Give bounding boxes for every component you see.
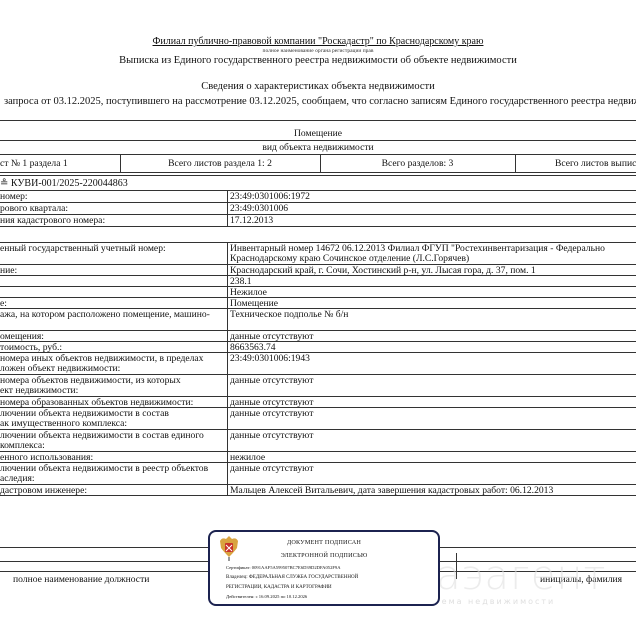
rule	[0, 140, 636, 141]
sheet-number: ст № 1 раздела 1	[0, 158, 68, 169]
electronic-signature-stamp: ДОКУМЕНТ ПОДПИСАН ЭЛЕКТРОННОЙ ПОДПИСЬЮ С…	[208, 530, 440, 606]
divider	[227, 297, 228, 308]
divider	[227, 352, 228, 374]
divider	[227, 275, 228, 286]
field-label: енный государственный учетный номер:	[0, 243, 166, 254]
divider	[227, 341, 228, 352]
divider	[515, 154, 516, 172]
rule	[0, 451, 636, 452]
rule	[0, 172, 636, 173]
field-value: Техническое подполье № б/н	[230, 309, 348, 320]
divider	[227, 396, 228, 407]
field-value: данные отсутствуют	[230, 463, 313, 474]
object-type: Помещение	[0, 128, 636, 139]
divider	[227, 484, 228, 495]
rule	[0, 341, 636, 342]
divider	[227, 429, 228, 451]
rule	[0, 495, 636, 496]
field-value: 23:49:0301006:1972	[230, 191, 310, 202]
divider	[227, 264, 228, 275]
stamp-validity: Действителен: с 16.09.2025 по 10.12.2026	[226, 594, 307, 599]
field-value: 17.12.2013	[230, 215, 273, 226]
divider	[227, 330, 228, 341]
registry-organization: Филиал публично-правовой компании "Роска…	[0, 36, 636, 47]
rule	[0, 120, 636, 121]
divider	[227, 202, 228, 214]
rule	[0, 226, 636, 227]
divider	[227, 190, 228, 202]
stamp-owner-line1: Владелец: ФЕДЕРАЛЬНАЯ СЛУЖБА ГОСУДАРСТВЕ…	[226, 575, 358, 580]
organization-caption: полное наименование органа регистрации п…	[0, 48, 636, 54]
position-caption: полное наименование должности	[13, 574, 149, 585]
sections-total: Всего разделов: 3	[320, 158, 515, 169]
field-label: номер:	[0, 191, 28, 202]
rule	[0, 190, 636, 191]
rule	[0, 330, 636, 331]
extract-sheets-total: Всего листов выпис	[555, 158, 636, 169]
field-label: ния кадастрового номера:	[0, 215, 105, 226]
object-type-caption: вид объекта недвижимости	[0, 142, 636, 153]
stamp-title-line1: ДОКУМЕНТ ПОДПИСАН	[210, 539, 438, 546]
rule	[0, 154, 636, 155]
rule	[0, 286, 636, 287]
stamp-certificate: Сертификат: 0091AAF5A599507BC7E6D39D2DFA…	[226, 565, 341, 570]
divider	[320, 154, 321, 172]
request-text: запроса от 03.12.2025, поступившего на р…	[4, 96, 636, 107]
divider	[227, 308, 228, 330]
field-label: ажа, на котором расположено помещение, м…	[0, 309, 210, 320]
rule	[0, 297, 636, 298]
rule	[0, 175, 636, 176]
field-value: данные отсутствуют	[230, 375, 313, 386]
field-label-continued: комплекса:	[0, 440, 45, 451]
field-value: данные отсутствуют	[230, 430, 313, 441]
divider	[227, 374, 228, 396]
divider	[227, 407, 228, 429]
rule	[0, 202, 636, 203]
divider	[227, 462, 228, 484]
field-value: данные отсутствуют	[230, 408, 313, 419]
field-value: 23:49:0301006:1943	[230, 353, 310, 364]
section-title: Сведения о характеристиках объекта недви…	[0, 81, 636, 92]
field-label-continued: ложен объект недвижимости:	[0, 363, 120, 374]
document-title: Выписка из Единого государственного реес…	[0, 55, 636, 66]
field-label: рового квартала:	[0, 203, 68, 214]
divider	[227, 214, 228, 226]
divider	[227, 451, 228, 462]
field-value: 23:49:0301006	[230, 203, 288, 214]
stamp-owner-line2: РЕГИСТРАЦИИ, КАДАСТРА И КАРТОГРАФИИ	[226, 585, 332, 590]
divider	[227, 286, 228, 297]
field-label-continued: ект недвижимости:	[0, 385, 78, 396]
request-number: ≗ КУВИ-001/2025-220044863	[0, 178, 128, 189]
field-label-continued: аследия:	[0, 473, 35, 484]
rule	[0, 275, 636, 276]
divider	[227, 242, 228, 264]
section-sheets-total: Всего листов раздела 1: 2	[120, 158, 320, 169]
divider	[120, 154, 121, 172]
field-value-continued: Краснодарскому краю Сочинское отделение …	[230, 253, 469, 264]
stamp-title-line2: ЭЛЕКТРОННОЙ ПОДПИСЬЮ	[210, 552, 438, 559]
field-label-continued: ак имущественного комплекса:	[0, 418, 127, 429]
